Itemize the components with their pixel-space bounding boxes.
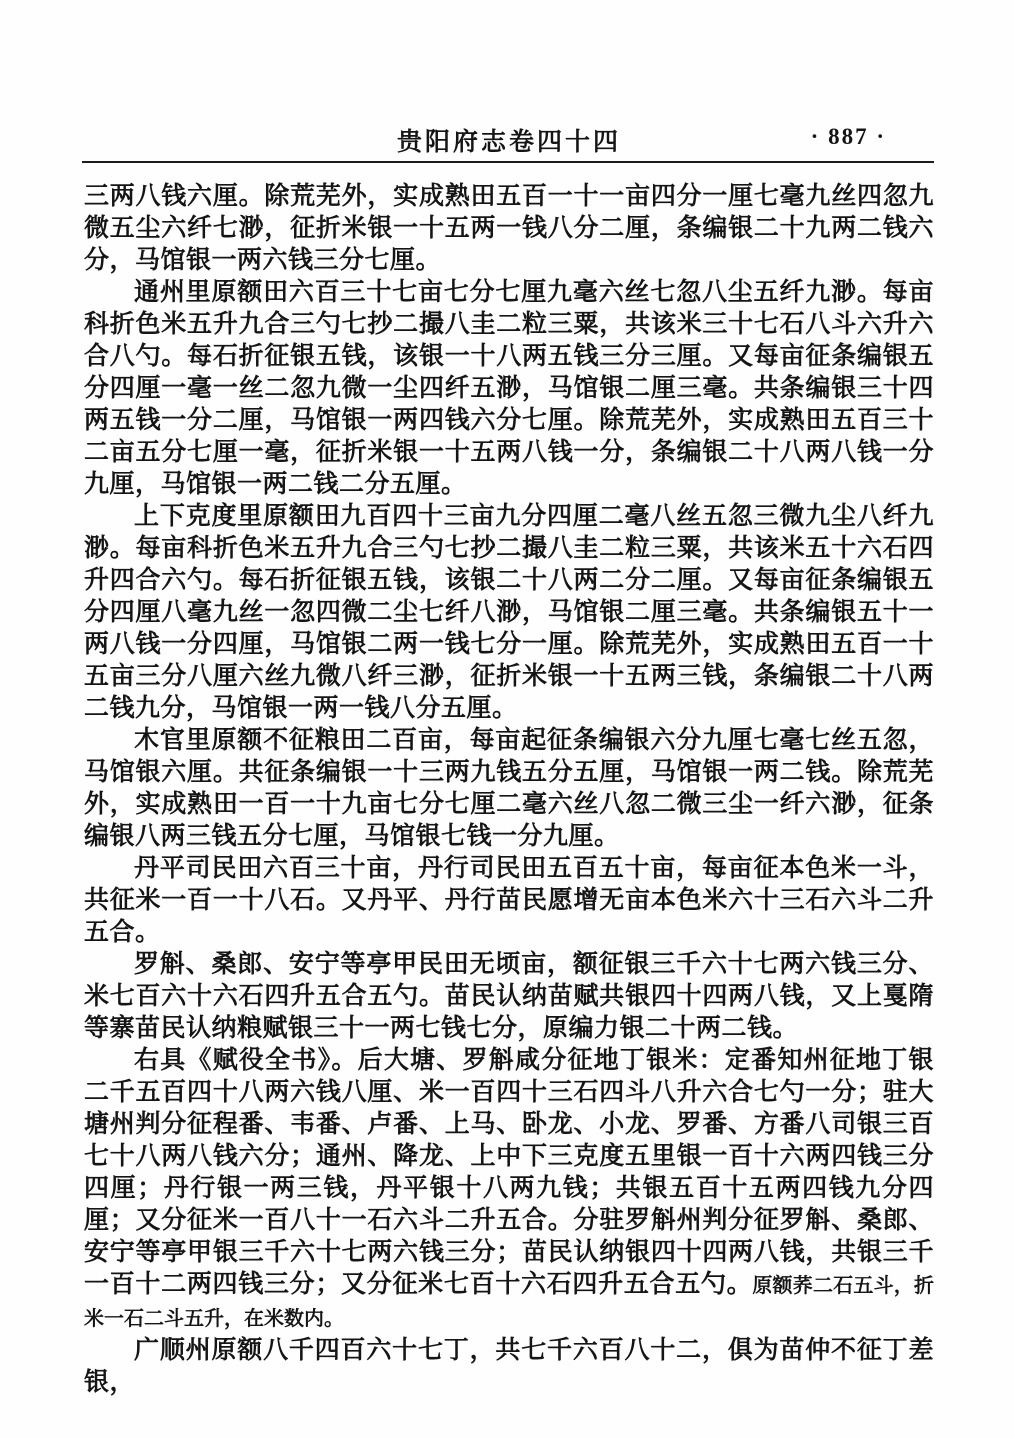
paragraph-continuation: 三两八钱六厘。除荒芜外，实成熟田五百一十一亩四分一厘七毫九丝四忽九微五尘六纤七渺…: [84, 181, 934, 277]
page-header: 贵阳府志卷四十四 · 887 ·: [84, 122, 934, 158]
paragraph-fuyi-quanshu: 右具《赋役全书》。后大塘、罗斛咸分征地丁银米：定番知州征地丁银二千五百四十八两六…: [84, 1045, 934, 1335]
page-number: · 887 ·: [811, 124, 886, 150]
paragraph-luohu-sanglang: 罗斛、桑郎、安宁等亭甲民田无顷亩，额征银三千六十七两六钱三分、米七百六十六石四升…: [84, 949, 934, 1045]
paragraph-fuyi-quanshu-main: 右具《赋役全书》。后大塘、罗斛咸分征地丁银米：定番知州征地丁银二千五百四十八两六…: [84, 1047, 934, 1298]
paragraph-danping-si: 丹平司民田六百三十亩，丹行司民田五百五十亩，每亩征本色米一斗，共征米一百一十八石…: [84, 853, 934, 949]
paragraph-muguan-li: 木官里原额不征粮田二百亩，每亩起征条编银六分九厘七毫七丝五忽，马馆银六厘。共征条…: [84, 725, 934, 853]
scanned-book-page: 贵阳府志卷四十四 · 887 · 三两八钱六厘。除荒芜外，实成熟田五百一十一亩四…: [0, 0, 1014, 1439]
header-divider-rule: [82, 161, 934, 163]
paragraph-guangshun-zhou: 广顺州原额八千四百六十七丁，共七千六百八十二，俱为苗仲不征丁差银，: [84, 1335, 934, 1399]
paragraph-tongzhou-li: 通州里原额田六百三十七亩七分七厘九毫六丝七忽八尘五纤九渺。每亩科折色米五升九合三…: [84, 277, 934, 501]
page-title: 贵阳府志卷四十四: [84, 122, 934, 158]
paragraph-shangxia-kedu-li: 上下克度里原额田九百四十三亩九分四厘二毫八丝五忽三微九尘八纤九渺。每亩科折色米五…: [84, 501, 934, 725]
text-body: 三两八钱六厘。除荒芜外，实成熟田五百一十一亩四分一厘七毫九丝四忽九微五尘六纤七渺…: [84, 181, 934, 1399]
